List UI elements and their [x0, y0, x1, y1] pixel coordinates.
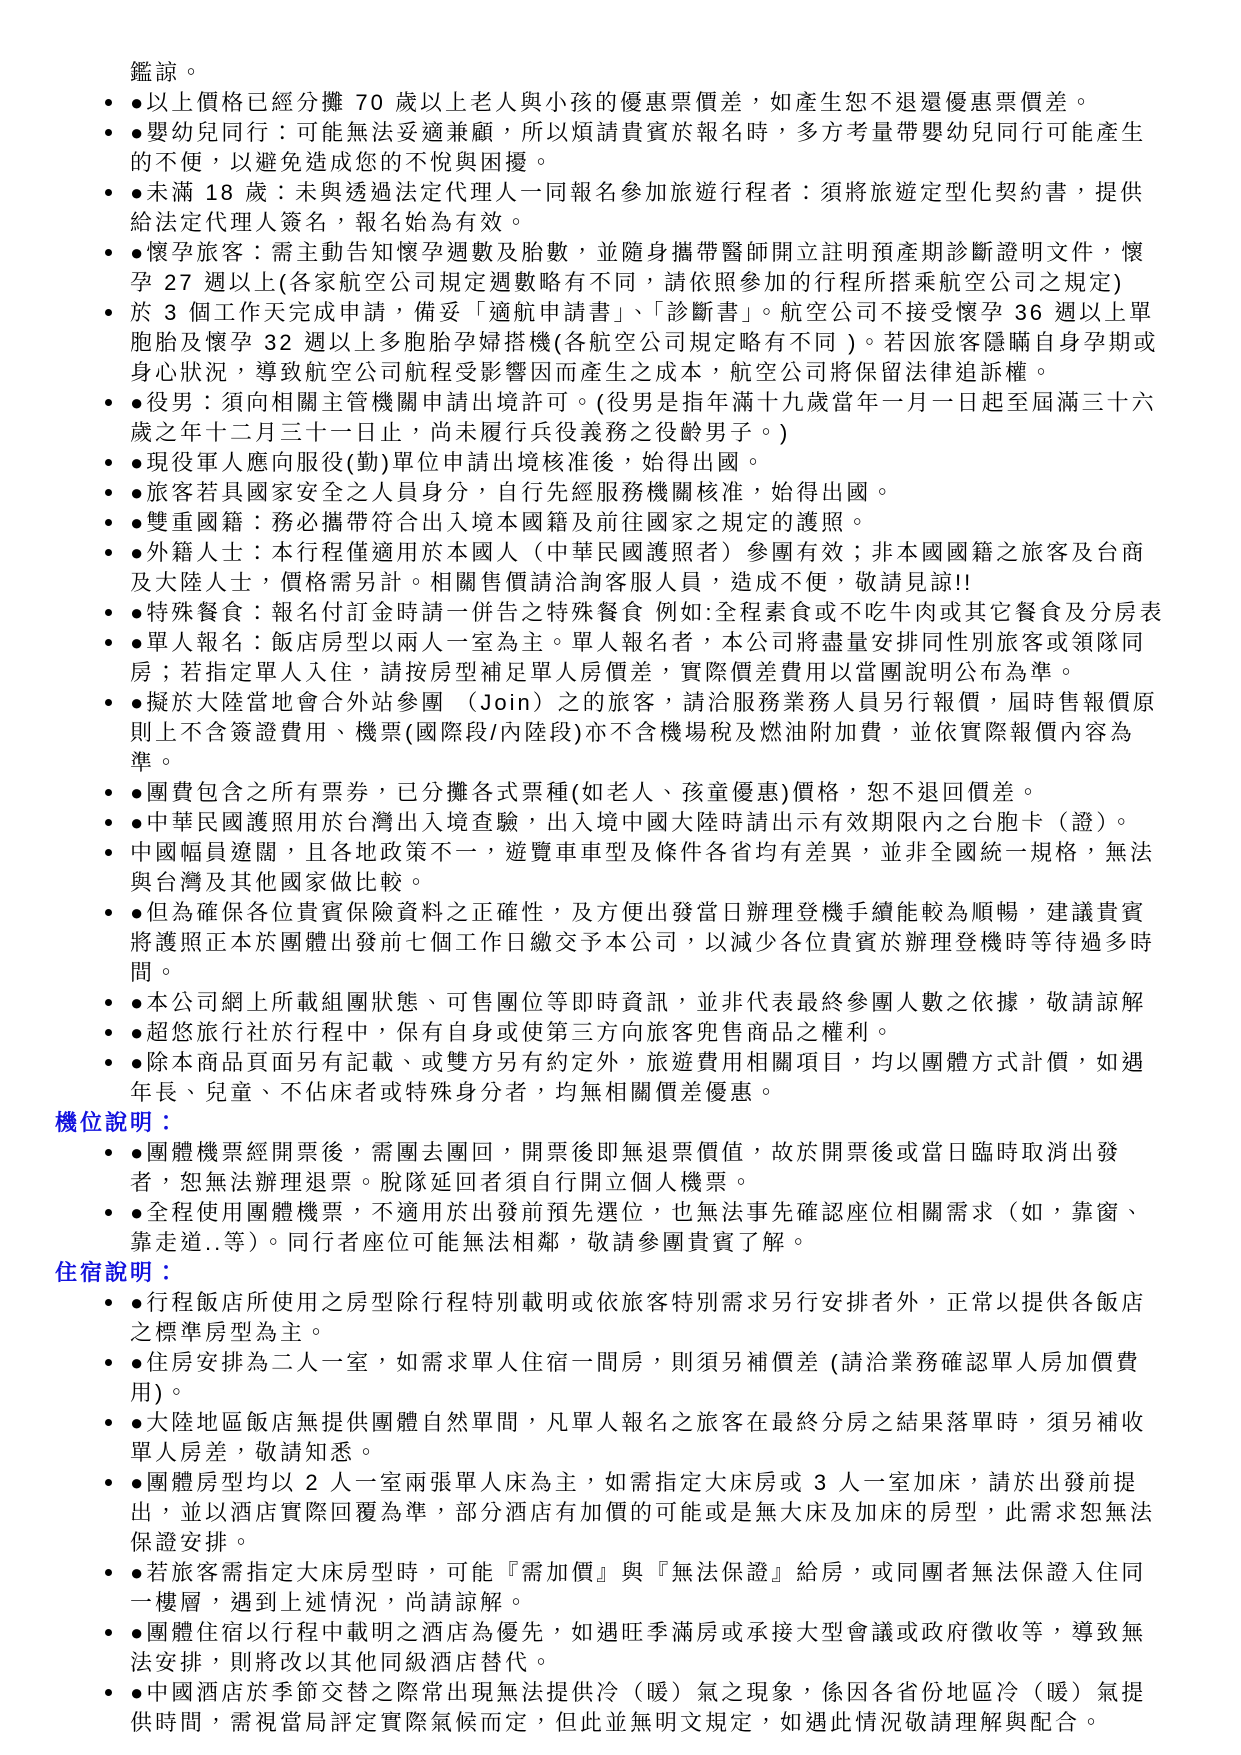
section-list: ●行程飯店所使用之房型除行程特別載明或依旅客特別需求另行安排者外，正常以提供各飯… [0, 1288, 1241, 1738]
list-item: ●大陸地區飯店無提供團體自然單間，凡單人報名之旅客在最終分房之結果落單時，須另補… [130, 1408, 1165, 1468]
section-heading: 住宿說明： [55, 1258, 1241, 1288]
list-item: ●擬於大陸當地會合外站參團 （Join）之的旅客，請洽服務業務人員另行報價，屆時… [130, 688, 1165, 778]
list-item: ●團體機票經開票後，需團去團回，開票後即無退票價值，故於開票後或當日臨時取消出發… [130, 1138, 1165, 1198]
list-item: ●中國酒店於季節交替之際常出現無法提供冷（暖）氣之現象，係因各省份地區冷（暖）氣… [130, 1678, 1165, 1738]
list-item: ●現役軍人應向服役(勤)單位申請出境核准後，始得出國。 [130, 448, 1165, 478]
list-item: ●團體房型均以 2 人一室兩張單人床為主，如需指定大床房或 3 人一室加床，請於… [130, 1468, 1165, 1558]
list-item: ●外籍人士：本行程僅適用於本國人（中華民國護照者）參團有效；非本國國籍之旅客及台… [130, 538, 1165, 598]
list-item: ●旅客若具國家安全之人員身分，自行先經服務機關核准，始得出國。 [130, 478, 1165, 508]
list-item: ●超悠旅行社於行程中，保有自身或使第三方向旅客兜售商品之權利。 [130, 1018, 1165, 1048]
list-item: ●除本商品頁面另有記載、或雙方另有約定外，旅遊費用相關項目，均以團體方式計價，如… [130, 1048, 1165, 1108]
list-item: ●若旅客需指定大床房型時，可能『需加價』與『無法保證』給房，或同團者無法保證入住… [130, 1558, 1165, 1618]
list-item: 中國幅員遼闊，且各地政策不一，遊覽車車型及條件各省均有差異，並非全國統一規格，無… [130, 838, 1165, 898]
list-item: ●單人報名：飯店房型以兩人一室為主。單人報名者，本公司將盡量安排同性別旅客或領隊… [130, 628, 1165, 688]
list-item: ●全程使用團體機票，不適用於出發前預先選位，也無法事先確認座位相關需求（如，靠窗… [130, 1198, 1165, 1258]
list-item: ●本公司網上所載組團狀態、可售團位等即時資訊，並非代表最終參團人數之依據，敬請諒… [130, 988, 1165, 1018]
list-item: ●但為確保各位貴賓保險資料之正確性，及方便出發當日辦理登機手續能較為順暢，建議貴… [130, 898, 1165, 988]
list-item: ●役男：須向相關主管機關申請出境許可。(役男是指年滿十九歲當年一月一日起至屆滿三… [130, 388, 1165, 448]
section-heading: 機位說明： [55, 1108, 1241, 1138]
list-item: ●團體住宿以行程中載明之酒店為優先，如遇旺季滿房或承接大型會議或政府徵收等，導致… [130, 1618, 1165, 1678]
section-list: ●以上價格已經分攤 70 歲以上老人與小孩的優惠票價差，如產生恕不退還優惠票價差… [0, 88, 1241, 1108]
sections-container: ●以上價格已經分攤 70 歲以上老人與小孩的優惠票價差，如產生恕不退還優惠票價差… [0, 88, 1241, 1738]
list-item: ●嬰幼兒同行：可能無法妥適兼顧，所以煩請貴賓於報名時，多方考量帶嬰幼兒同行可能產… [130, 118, 1165, 178]
list-item: ●未滿 18 歲：未與透過法定代理人一同報名參加旅遊行程者：須將旅遊定型化契約書… [130, 178, 1165, 238]
list-item: ●特殊餐食：報名付訂金時請一併告之特殊餐食 例如:全程素食或不吃牛肉或其它餐食及… [130, 598, 1165, 628]
list-item: 於 3 個工作天完成申請，備妥「適航申請書」、「診斷書」。航空公司不接受懷孕 3… [130, 298, 1165, 388]
document-page: 鑑諒。 ●以上價格已經分攤 70 歲以上老人與小孩的優惠票價差，如產生恕不退還優… [0, 0, 1241, 1755]
section-list: ●團體機票經開票後，需團去團回，開票後即無退票價值，故於開票後或當日臨時取消出發… [0, 1138, 1241, 1258]
list-item: ●懷孕旅客：需主動告知懷孕週數及胎數，並隨身攜帶醫師開立註明預產期診斷證明文件，… [130, 238, 1165, 298]
continuation-text: 鑑諒。 [130, 58, 1165, 88]
list-item: ●團費包含之所有票券，已分攤各式票種(如老人、孩童優惠)價格，恕不退回價差。 [130, 778, 1165, 808]
list-item: ●以上價格已經分攤 70 歲以上老人與小孩的優惠票價差，如產生恕不退還優惠票價差… [130, 88, 1165, 118]
list-item: ●雙重國籍：務必攜帶符合出入境本國籍及前往國家之規定的護照。 [130, 508, 1165, 538]
list-item: ●行程飯店所使用之房型除行程特別載明或依旅客特別需求另行安排者外，正常以提供各飯… [130, 1288, 1165, 1348]
list-item: ●中華民國護照用於台灣出入境查驗，出入境中國大陸時請出示有效期限內之台胞卡（證）… [130, 808, 1165, 838]
list-item: ●住房安排為二人一室，如需求單人住宿一間房，則須另補價差 (請洽業務確認單人房加… [130, 1348, 1165, 1408]
